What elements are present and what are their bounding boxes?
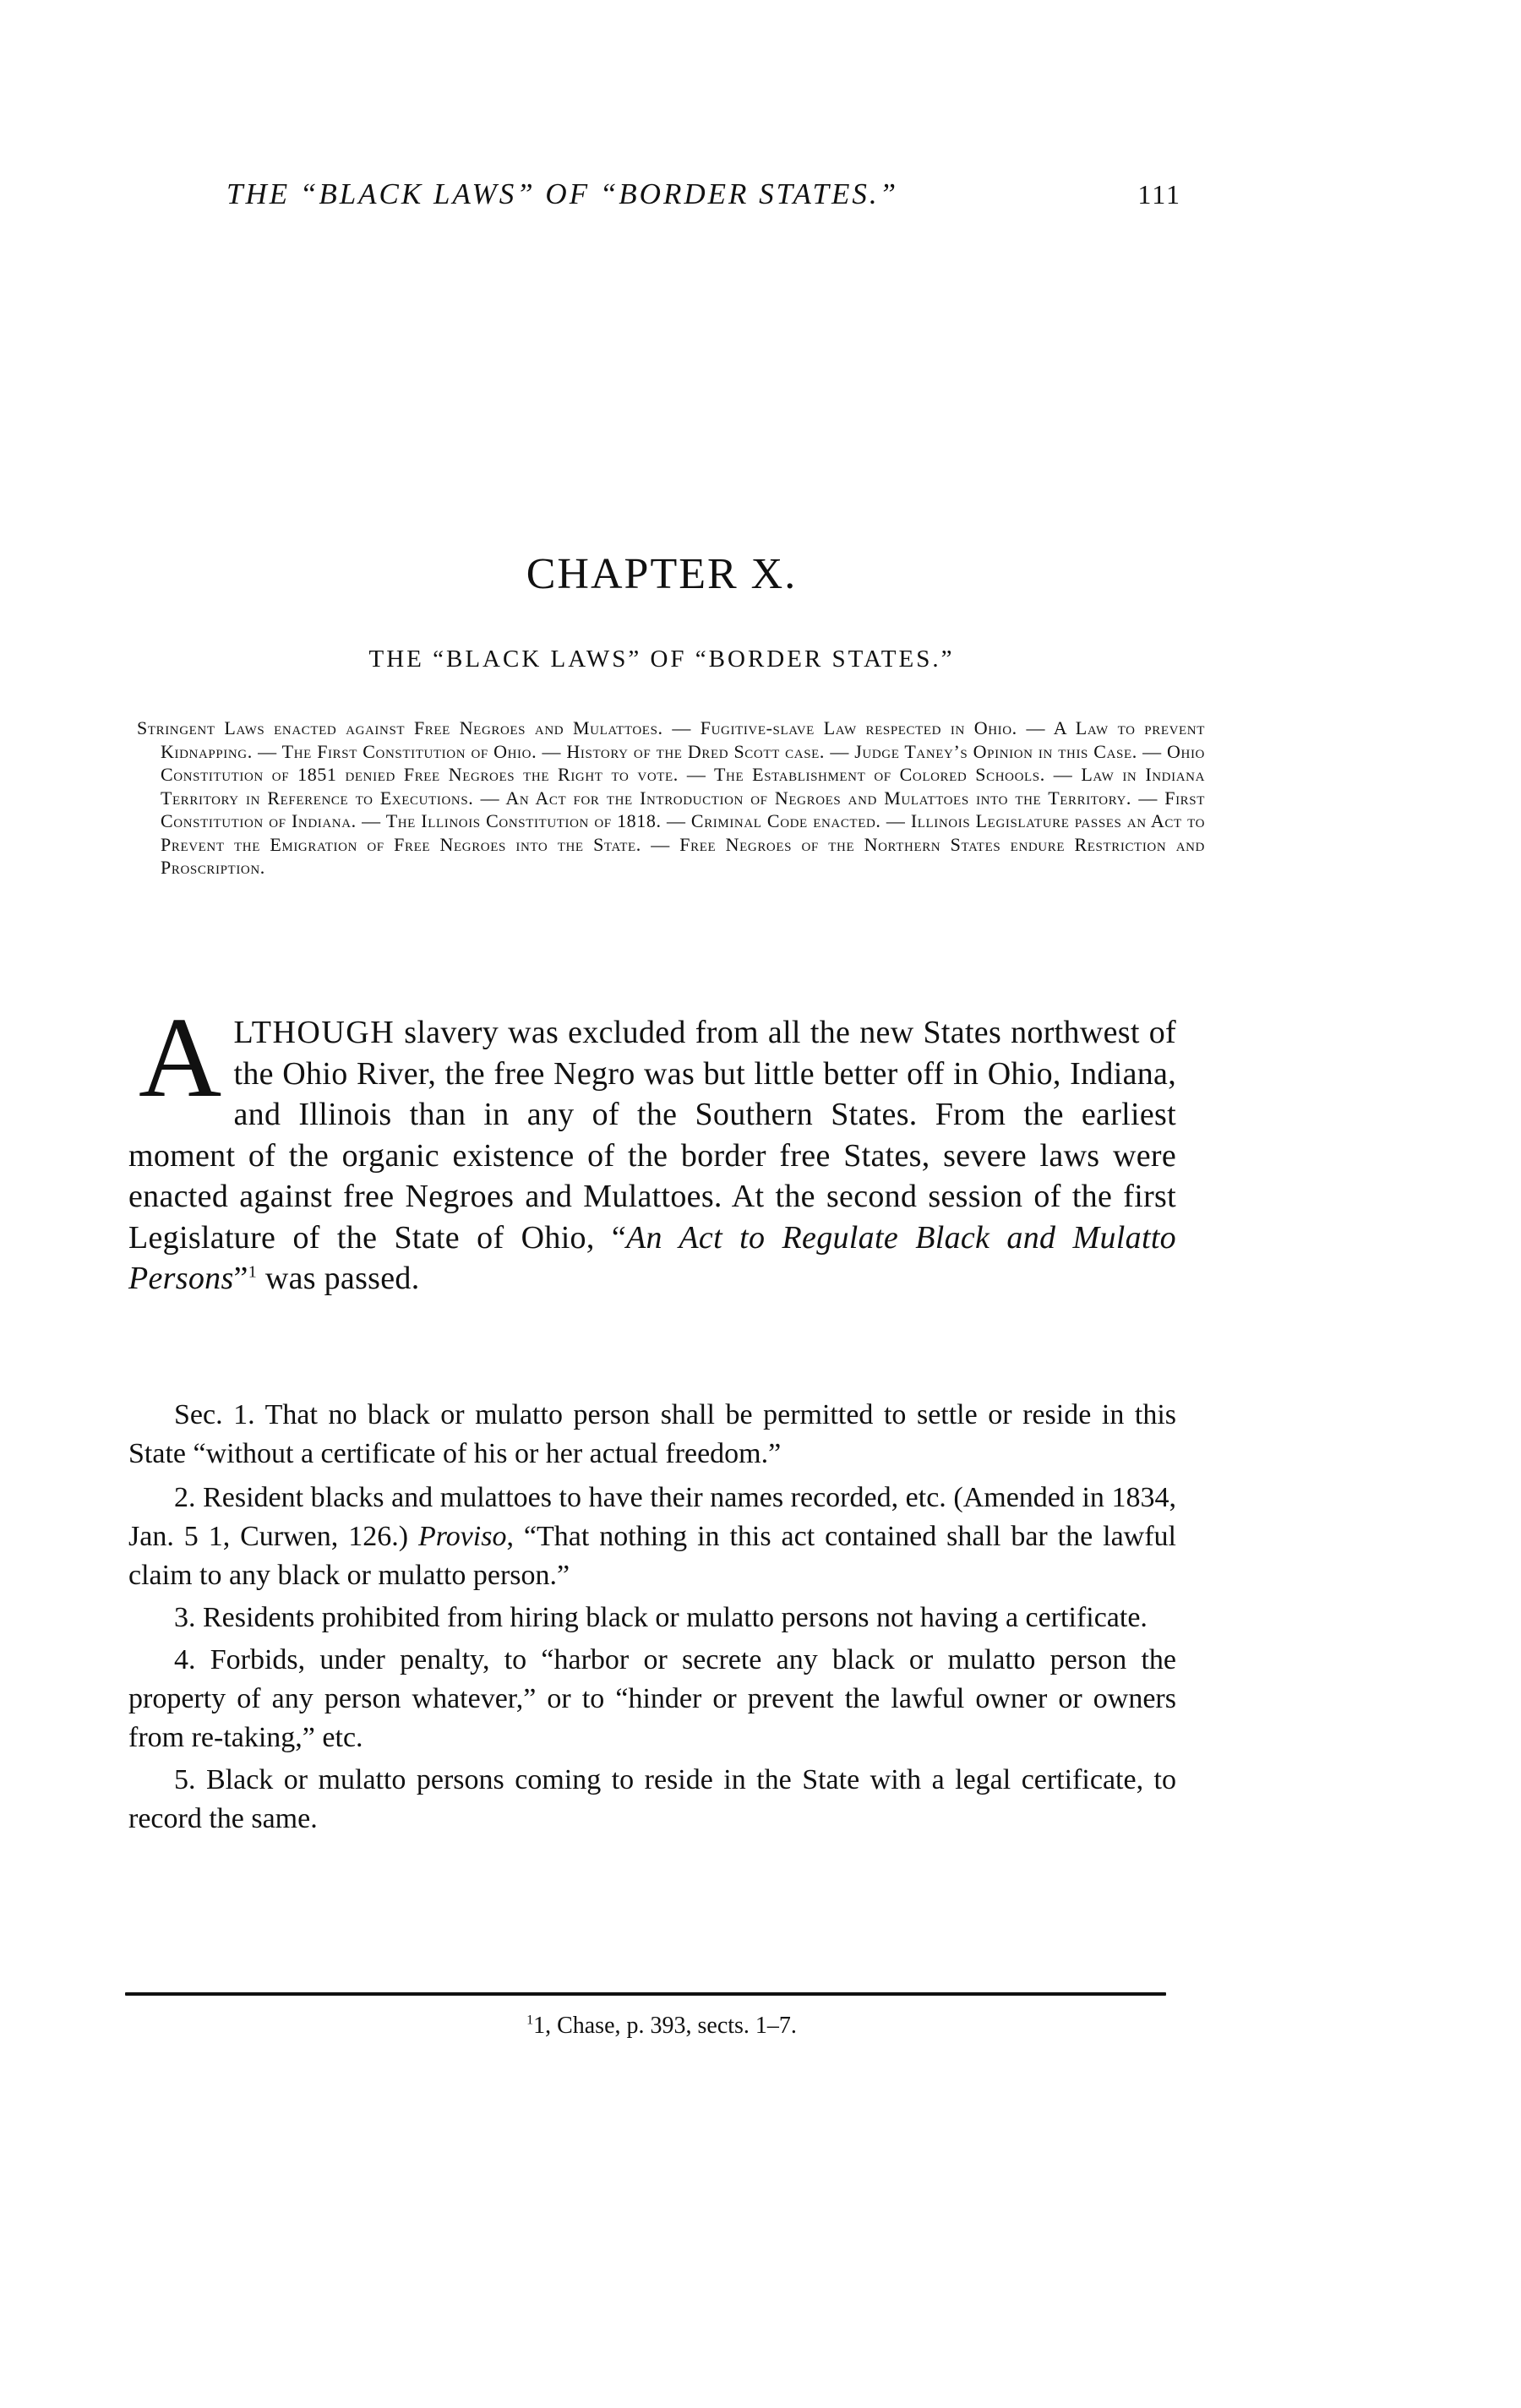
closing-quote: ” [234,1261,248,1296]
section-number: 2. [174,1482,196,1513]
section-item: 5. Black or mulatto persons coming to re… [128,1761,1176,1839]
section-item: 4. Forbids, under penalty, to “harbor or… [128,1641,1176,1757]
footnote: 11, Chase, p. 393, sects. 1–7. [0,2009,1323,2043]
footnote-reference: 1 [248,1262,257,1281]
opening-paragraph: ALTHOUGH slavery was excluded from all t… [128,1012,1176,1299]
section-text: That no black or mulatto person shall be… [128,1399,1176,1469]
book-page: THE “BLACK LAWS” OF “BORDER STATES.” 111… [0,0,1521,2408]
section-item: Sec. 1. That no black or mulatto person … [128,1396,1176,1474]
running-header: THE “BLACK LAWS” OF “BORDER STATES.” 111 [226,176,1181,213]
drop-cap: A [139,1016,222,1100]
section-number: 3. [174,1602,196,1633]
running-title: THE “BLACK LAWS” OF “BORDER STATES.” [226,176,898,213]
section-text: Residents prohibited from hiring black o… [196,1602,1148,1633]
footnote-divider [125,1992,1166,1996]
lead-caps: LTHOUGH [234,1015,395,1050]
section-text: Forbids, under penalty, to “harbor or se… [128,1644,1176,1753]
section-number: 4. [174,1644,196,1675]
paragraph-text-end: was passed. [257,1261,420,1296]
page-number: 111 [1137,176,1181,213]
footnote-mark: 1 [526,2013,533,2028]
section-number: 5. [174,1764,196,1795]
section-italic: Proviso [418,1521,507,1552]
chapter-synopsis: Stringent Laws enacted against Free Negr… [137,716,1205,880]
section-number: Sec. 1. [174,1399,255,1430]
chapter-subtitle: THE “BLACK LAWS” OF “BORDER STATES.” [0,642,1323,676]
act-sections: Sec. 1. That no black or mulatto person … [128,1396,1176,1842]
section-text: Black or mulatto persons coming to resid… [128,1764,1176,1834]
section-item: 2. Resident blacks and mulattoes to have… [128,1479,1176,1595]
chapter-heading: CHAPTER X. [0,548,1323,602]
footnote-text: 1, Chase, p. 393, sects. 1–7. [533,2013,797,2039]
section-item: 3. Residents prohibited from hiring blac… [128,1599,1176,1637]
